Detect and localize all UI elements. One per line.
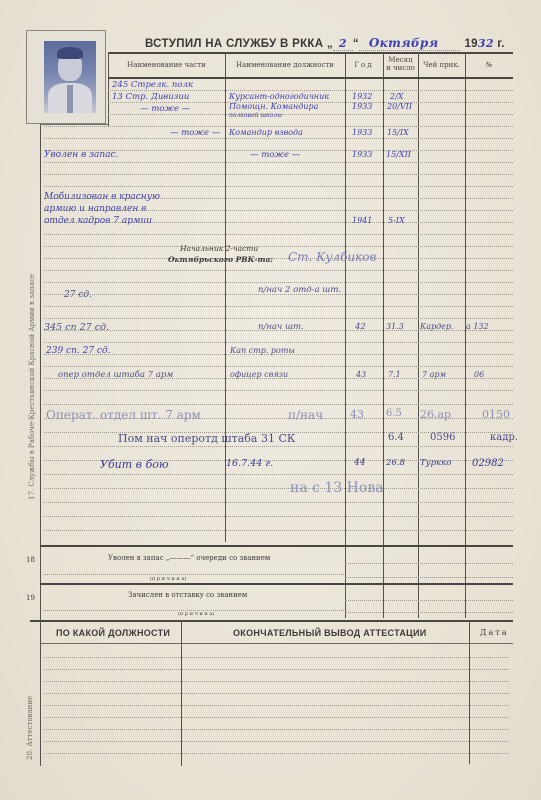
section-17-label: 17. Службы в Рабоче-Крестьянской Красной… xyxy=(28,274,36,500)
entry-month-day: 15/XII xyxy=(386,150,411,159)
entry-unit: 245 Стрелк. полк xyxy=(112,80,193,90)
entry-month-day: 7.1 xyxy=(388,370,401,379)
entry-month-day: 31.3 xyxy=(386,322,404,331)
entry-year: 1933 xyxy=(352,150,372,159)
entry-position: п/нач 2 отд-а шт. xyxy=(258,285,343,296)
entry-unit: армию и направлен в xyxy=(44,204,146,214)
signature-title-line2: Октябрьского РВК-та: xyxy=(168,255,273,264)
col-header-month-day: Месяц и число xyxy=(383,56,418,72)
entry-position: п/нач шт. xyxy=(258,322,304,332)
entry-year: 43 xyxy=(350,408,364,421)
entry-unit: опер отдел штаба 7 арм xyxy=(58,370,173,380)
entry-number: 02982 xyxy=(472,458,504,469)
entry-unit: 239 сп. 27 сд. xyxy=(46,346,111,356)
entry-order-by: 7 арм xyxy=(422,370,446,379)
entry-unit: отдел кадров 7 армии xyxy=(44,216,152,226)
entry-position: Курсант-одногодичник xyxy=(229,92,329,101)
section-18-number: 18 xyxy=(26,556,35,564)
entry-year: 43 xyxy=(356,370,366,379)
entry-month-day: 26.8 xyxy=(386,458,405,468)
entry-unit: Операт. отдел шт. 7 арм xyxy=(46,408,201,422)
enlistment-title: ВСТУПИЛ НА СЛУЖБУ В РККА „2“Октября1932 … xyxy=(145,36,505,50)
entry-month-day: 2/X xyxy=(390,92,403,101)
enlistment-day: 2 xyxy=(333,37,353,51)
entry-year: 1933 xyxy=(352,128,372,137)
entry-unit: 13 Стр. Дивизии xyxy=(112,92,189,102)
entry-year: 1941 xyxy=(352,216,372,225)
enlistment-month: Октября xyxy=(359,36,461,51)
entry-position: п/нач xyxy=(288,408,323,422)
entry-number: 0150 xyxy=(482,408,510,421)
header-bottom-border xyxy=(108,77,513,79)
section-20-label: 20. Аттестование xyxy=(26,696,34,760)
col-header-number: № xyxy=(465,61,513,69)
entry-position: полковой школы xyxy=(229,112,282,119)
col-header-unit: Наименование части xyxy=(110,61,223,69)
entry-death-date: 16.7.44 г. xyxy=(226,458,273,469)
entry-number: кадр. xyxy=(490,432,518,443)
entry-position: офицер связи xyxy=(230,370,288,379)
col-header-order-by: Чей прик. xyxy=(418,61,465,69)
entry-order-by: 26.ар xyxy=(420,408,451,421)
entry-position: Командир взвода xyxy=(229,128,303,137)
section-18-reason-label: (п р и ч и н а) xyxy=(150,576,186,582)
enlistment-year: 32 xyxy=(478,37,494,50)
left-border xyxy=(40,124,41,624)
att-col-conclusion: ОКОНЧАТЕЛЬНЫЙ ВЫВОД АТТЕСТАЦИИ xyxy=(233,628,427,638)
entry-year: 44 xyxy=(354,458,365,468)
entry-unit: — тоже — xyxy=(140,104,190,114)
entry-unit: Мобилизован в красную xyxy=(44,192,160,202)
title-prefix: ВСТУПИЛ НА СЛУЖБУ В РККА „ xyxy=(145,38,333,50)
entry-position: Помощн. Командира xyxy=(229,102,318,111)
entry-position: — тоже — xyxy=(250,150,300,160)
photo-frame xyxy=(26,30,106,124)
entry-year: 1933 xyxy=(352,102,372,111)
entry-order-by: Кардер. xyxy=(420,322,454,331)
col-header-position: Наименование должности xyxy=(227,61,343,69)
att-col-date: Дата xyxy=(480,628,508,637)
entry-death-note: Убит в бою xyxy=(100,458,169,471)
entry-year: 42 xyxy=(355,322,366,332)
section-19-reason-label: (п р и ч и н а) xyxy=(178,611,214,617)
signature-title-line1: Начальник 2-части xyxy=(180,244,258,253)
entry-order-by: Туркко xyxy=(420,458,451,468)
entry-unit: — тоже — xyxy=(170,128,220,138)
entry-unit: Пом нач оперотд штаба 31 СК xyxy=(118,432,295,445)
entry-order-by: 0596 xyxy=(430,432,455,443)
portrait-photo xyxy=(44,41,96,113)
section-19-text: Зачислен в отставку со званием xyxy=(128,591,247,599)
entry-unit: 27 сд. xyxy=(64,290,92,300)
entry-month-day: 20/VII xyxy=(387,102,412,111)
entry-month-day: 5-IX xyxy=(388,216,405,225)
attestation-top-border xyxy=(30,620,513,622)
entry-number: 06 xyxy=(474,370,484,379)
entry-month-day: 15/IX xyxy=(387,128,409,137)
section-18-text: Уволен в запас „———“ очереди со званием xyxy=(108,554,270,562)
entry-position: Кап стр. роты xyxy=(230,346,295,355)
entry-unit: 345 сп 27 сд. xyxy=(44,322,109,333)
entry-month-day: 6.4 xyxy=(388,432,404,443)
entry-month-day: 6.5 xyxy=(386,408,402,419)
service-record-page: ВСТУПИЛ НА СЛУЖБУ В РККА „2“Октября1932 … xyxy=(0,0,541,800)
entry-number: а 132 xyxy=(466,322,489,331)
signature: Ст. Кулбиков xyxy=(288,250,377,264)
section-19-number: 19 xyxy=(26,594,35,602)
col-header-year: Год xyxy=(345,61,383,69)
entry-unit: Уволен в запас. xyxy=(44,150,118,160)
entry-note: на с 13 Нова xyxy=(290,480,384,496)
att-col-position: ПО КАКОЙ ДОЛЖНОСТИ xyxy=(56,628,170,638)
table-top-border xyxy=(108,52,513,54)
entry-year: 1932 xyxy=(352,92,372,101)
